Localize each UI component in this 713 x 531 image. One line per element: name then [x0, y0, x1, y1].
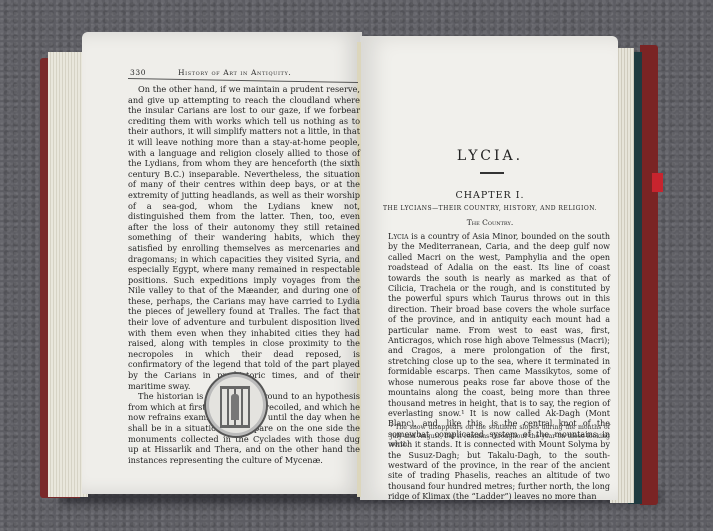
paragraph: Lycia is a country of Asia Minor, bounde… — [388, 232, 610, 503]
book-cover-right — [640, 45, 658, 505]
chapter-heading: LYCIA. — [370, 148, 610, 164]
right-page-body: Lycia is a country of Asia Minor, bounde… — [388, 232, 610, 503]
chapter-subtitle: THE LYCIANS—THEIR COUNTRY, HISTORY, AND … — [370, 205, 610, 212]
paragraph-text: is a country of Asia Minor, bounded on t… — [388, 232, 610, 501]
footnote: ¹ The snow disappears on the southern sl… — [390, 424, 610, 450]
paragraph: On the other hand, if we maintain a prud… — [128, 84, 360, 391]
coin-illustration — [204, 372, 268, 438]
bookmark-ribbon — [652, 173, 663, 192]
ornament-divider — [480, 172, 504, 174]
page-number: 330 — [130, 68, 146, 77]
figure-engraving — [231, 394, 239, 420]
chapter-number: CHAPTER I. — [370, 190, 610, 201]
running-head-title: History of Art in Antiquity. — [178, 68, 291, 77]
lead-word: Lycia — [388, 232, 408, 241]
section-heading: The Country. — [370, 218, 610, 227]
